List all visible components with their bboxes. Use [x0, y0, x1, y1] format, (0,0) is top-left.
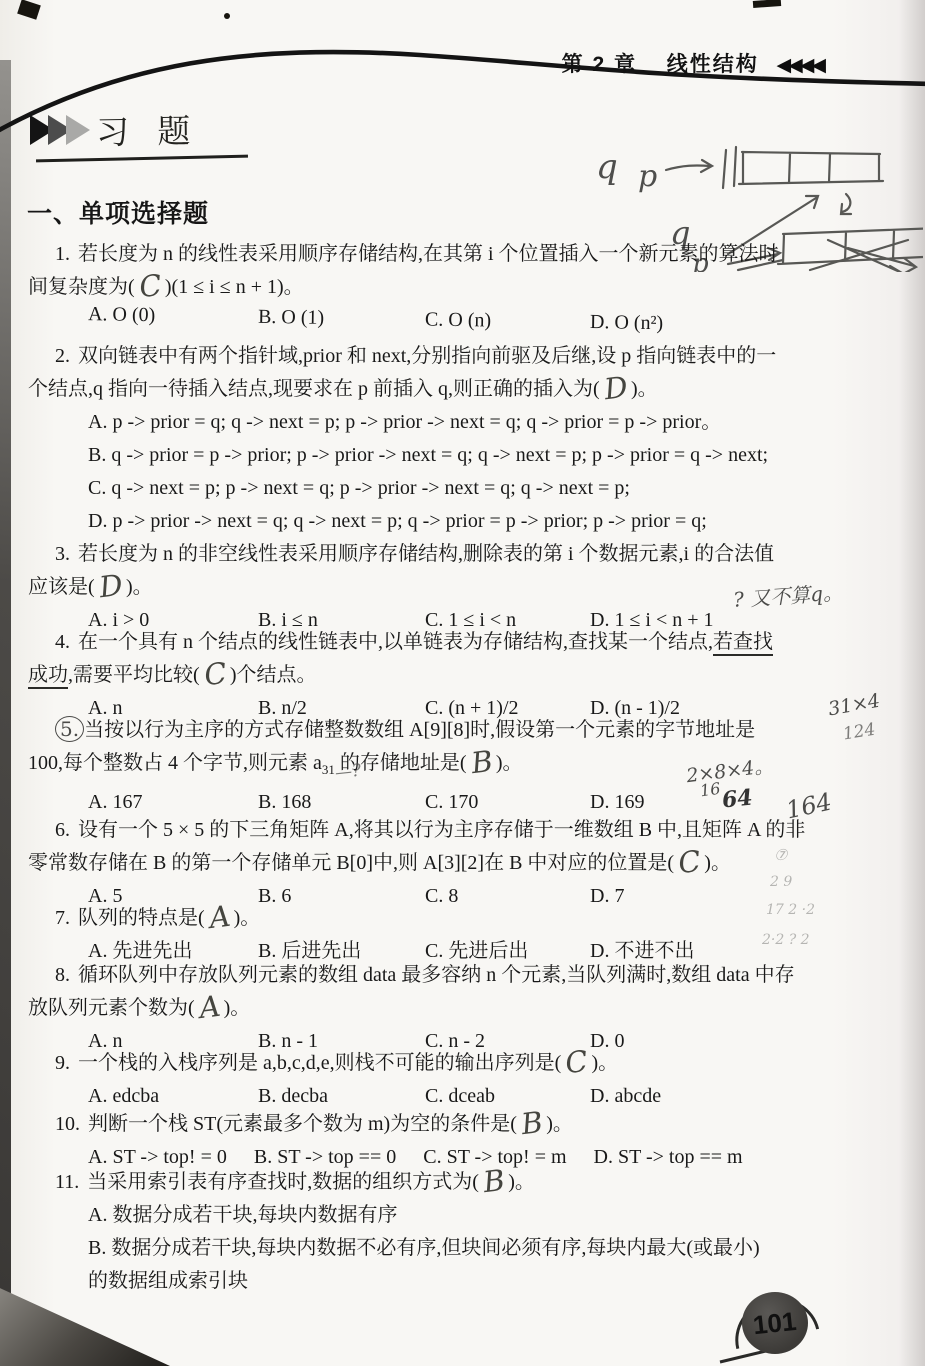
- exercises-heading: 习 题: [30, 106, 280, 160]
- handwritten-note: —?: [334, 761, 362, 784]
- handwritten-answer: C: [677, 851, 701, 874]
- option-d: D. 7: [590, 880, 890, 913]
- scan-left-edge: [0, 60, 11, 1366]
- option-b: B. q -> prior = p -> prior; p -> prior -…: [28, 439, 890, 472]
- option-b: B. 6: [258, 880, 425, 913]
- question-4-line-2: 成功,需要平均比较(C)个结点。: [28, 659, 890, 692]
- handwritten-answer: C: [203, 663, 227, 686]
- exercises-title: 习 题: [96, 105, 201, 154]
- question-number: 10.: [55, 1113, 88, 1135]
- question-text: 当采用索引表有序查找时,数据的组织方式为(: [87, 1171, 479, 1193]
- chapter-title: 线性结构: [667, 53, 759, 76]
- question-number: 6.: [55, 819, 78, 841]
- question-text: 队列的特点是(: [78, 907, 205, 929]
- question-1: 1.若长度为 n 的线性表采用顺序存储结构,在其第 i 个位置插入一个新元素的算…: [28, 238, 890, 337]
- question-text: 当按以行为主序的方式存储整数数组 A[9][8]时,假设第一个元素的字节地址是: [84, 719, 755, 741]
- question-text: )。: [704, 852, 731, 874]
- options-list: A. p -> prior = q; q -> next = p; p -> p…: [28, 406, 890, 538]
- node-box-top: [739, 152, 883, 184]
- question-text: 设有一个 5 × 5 的下三角矩阵 A,将其以行为主序存储于一维数组 B 中,且…: [78, 819, 805, 841]
- handwritten-answer: B: [520, 1112, 544, 1134]
- question-2-line-2: 个结点,q 指向一待插入结点,现要求在 p 前插入 q,则正确的插入为(D)。: [28, 373, 890, 406]
- handwritten-q-label: q: [596, 147, 618, 187]
- triangle-icon: [66, 115, 90, 145]
- question-3-line-1: 3.若长度为 n 的非空线性表采用顺序存储结构,删除表的第 i 个数据元素,i …: [28, 538, 890, 571]
- section-title: 一、单项选择题: [27, 194, 209, 230]
- subscript: 31: [322, 762, 335, 777]
- option-c: C. O (n): [425, 303, 590, 339]
- option-b: B. O (1): [258, 301, 425, 337]
- handwritten-answer: B: [470, 751, 494, 773]
- question-text: 间复杂度为(: [28, 276, 135, 298]
- question-text: ,需要平均比较(: [68, 664, 200, 686]
- option-a: A. p -> prior = q; q -> next = p; p -> p…: [28, 406, 890, 439]
- handwritten-p-label: p: [638, 159, 657, 194]
- question-text: 判断一个栈 ST(元素最多个数为 m)为空的条件是(: [88, 1113, 517, 1135]
- question-6: 6.设有一个 5 × 5 的下三角矩阵 A,将其以行为主序存储于一维数组 B 中…: [28, 814, 890, 913]
- question-text: )(1 ≤ i ≤ n + 1)。: [165, 276, 304, 298]
- handwritten-scribble: 2·2 ? 2: [762, 932, 810, 948]
- option-d: D. ST -> top == m: [594, 1141, 743, 1174]
- question-text: )。: [224, 997, 251, 1019]
- question-text: )。: [592, 1052, 619, 1074]
- question-2: 2.双向链表中有两个指针域,prior 和 next,分别指向前驱及后继,设 p…: [28, 340, 890, 538]
- question-8-line-2: 放队列元素个数为(A)。: [28, 992, 890, 1025]
- page-number-circle: 101: [742, 1292, 808, 1354]
- question-text: 在一个具有 n 个结点的线性链表中,以单链表为存储结构,查找某一个结点,: [78, 631, 713, 653]
- option-d: D. O (n²): [590, 306, 890, 344]
- curl-arrow: [841, 194, 851, 214]
- option-b-line-1: B. 数据分成若干块,每块内数据不必有序,但块间必须有序,每块内最大(或最小): [28, 1232, 890, 1265]
- chapter-number: 第 2 章: [562, 53, 637, 76]
- question-text: )。: [508, 1171, 535, 1193]
- handwritten-note: 64: [721, 784, 754, 813]
- question-4: 4.在一个具有 n 个结点的线性链表中,以单链表为存储结构,查找某一个结点,若查…: [28, 626, 890, 725]
- scan-artifact: [224, 13, 230, 19]
- question-text: 应该是(: [28, 576, 95, 598]
- heading-underline: [36, 155, 248, 163]
- question-10: 10.判断一个栈 ST(元素最多个数为 m)为空的条件是(B)。 A. ST -…: [28, 1108, 890, 1174]
- question-text: )。: [546, 1113, 573, 1135]
- question-number: 3.: [55, 543, 78, 565]
- node-ticks: [723, 147, 736, 188]
- question-number: 9.: [55, 1052, 78, 1074]
- question-8: 8.循环队列中存放队列元素的数组 data 最多容纳 n 个元素,当队列满时,数…: [28, 959, 890, 1058]
- question-8-line-1: 8.循环队列中存放队列元素的数组 data 最多容纳 n 个元素,当队列满时,数…: [28, 959, 890, 992]
- question-11-line-1: 11.当采用索引表有序查找时,数据的组织方式为(B)。: [28, 1166, 890, 1199]
- scanned-textbook-page: 第 2 章 线性结构 ◀◀◀◀ 习 题 q p q p 一、单项选择题 1.若长…: [0, 0, 925, 1366]
- page-number-badge: 101: [718, 1284, 858, 1366]
- chevron-left-icons: ◀◀◀◀: [777, 55, 823, 76]
- hand-circled-question-number: 5.: [55, 716, 84, 742]
- question-11: 11.当采用索引表有序查找时,数据的组织方式为(B)。 A. 数据分成若干块,每…: [28, 1166, 890, 1298]
- handwritten-answer: C: [138, 275, 162, 298]
- question-text: 放队列元素个数为(: [28, 997, 195, 1019]
- hand-underlined-text: 若查找: [713, 631, 773, 656]
- question-text: )个结点。: [230, 664, 317, 686]
- handwritten-answer: D: [98, 575, 124, 598]
- question-text: )。: [234, 907, 261, 929]
- arrow-stroke: [666, 165, 710, 170]
- question-text: )。: [126, 576, 153, 598]
- question-text: )。: [631, 378, 658, 400]
- question-text: 若长度为 n 的线性表采用顺序存储结构,在其第 i 个位置插入一个新元素的算法时: [78, 243, 779, 265]
- question-6-line-1: 6.设有一个 5 × 5 的下三角矩阵 A,将其以行为主序存储于一维数组 B 中…: [28, 814, 890, 847]
- question-number: 11.: [55, 1171, 87, 1193]
- option-c: C. q -> next = p; p -> next = q; p -> pr…: [28, 472, 890, 505]
- hand-underlined-text: 成功: [28, 664, 68, 689]
- question-number: 8.: [55, 964, 78, 986]
- handwritten-answer: A: [208, 906, 231, 928]
- question-text: 一个栈的入栈序列是 a,b,c,d,e,则栈不可能的输出序列是(: [78, 1052, 561, 1074]
- options-row: A. O (0) B. O (1) C. O (n) D. O (n²): [28, 297, 890, 344]
- handwritten-answer: A: [198, 996, 221, 1018]
- question-number: 2.: [55, 345, 78, 367]
- question-number: 4.: [55, 631, 78, 653]
- scan-artifact: [753, 0, 781, 8]
- option-a: A. O (0): [88, 298, 258, 334]
- question-2-line-1: 2.双向链表中有两个指针域,prior 和 next,分别指向前驱及后继,设 p…: [28, 340, 890, 373]
- question-text: 若长度为 n 的非空线性表采用顺序存储结构,删除表的第 i 个数据元素,i 的合…: [78, 543, 774, 565]
- handwritten-answer: B: [482, 1170, 506, 1192]
- question-number: 7.: [55, 907, 78, 929]
- handwritten-scribble: ⑦: [774, 846, 787, 864]
- question-text: 个结点,q 指向一待插入结点,现要求在 p 前插入 q,则正确的插入为(: [28, 378, 600, 400]
- option-a: A. 数据分成若干块,每块内数据有序: [28, 1199, 890, 1232]
- handwritten-note: 16: [699, 779, 722, 801]
- question-text: 循环队列中存放队列元素的数组 data 最多容纳 n 个元素,当队列满时,数组 …: [78, 964, 795, 986]
- option-d: D. 0: [590, 1025, 890, 1058]
- handwritten-scribble: 17 2 ·2: [766, 902, 815, 918]
- question-text: 零常数存储在 B 的第一个存储单元 B[0]中,则 A[3][2]在 B 中对应…: [28, 852, 674, 874]
- handwritten-answer: C: [565, 1051, 589, 1074]
- question-1-line-1: 1.若长度为 n 的线性表采用顺序存储结构,在其第 i 个位置插入一个新元素的算…: [28, 238, 890, 271]
- page-number: 101: [752, 1305, 798, 1340]
- handwritten-scribble: 2 9: [770, 874, 792, 890]
- option-c: C. 8: [425, 880, 590, 913]
- question-number: 1.: [55, 243, 78, 265]
- option-d: D. p -> prior -> next = q; q -> next = p…: [28, 505, 890, 538]
- question-6-line-2: 零常数存储在 B 的第一个存储单元 B[0]中,则 A[3][2]在 B 中对应…: [28, 847, 890, 880]
- question-4-line-1: 4.在一个具有 n 个结点的线性链表中,以单链表为存储结构,查找某一个结点,若查…: [28, 626, 890, 659]
- handwritten-answer: D: [603, 377, 629, 400]
- option-d: D. abcde: [590, 1080, 890, 1113]
- scan-artifact: [17, 0, 41, 20]
- chapter-header: 第 2 章 线性结构 ◀◀◀◀: [562, 48, 823, 78]
- question-text: 双向链表中有两个指针域,prior 和 next,分别指向前驱及后继,设 p 指…: [78, 345, 776, 367]
- question-text: 100,每个整数占 4 个字节,则元素 a: [28, 752, 322, 774]
- question-text: )。: [496, 752, 523, 774]
